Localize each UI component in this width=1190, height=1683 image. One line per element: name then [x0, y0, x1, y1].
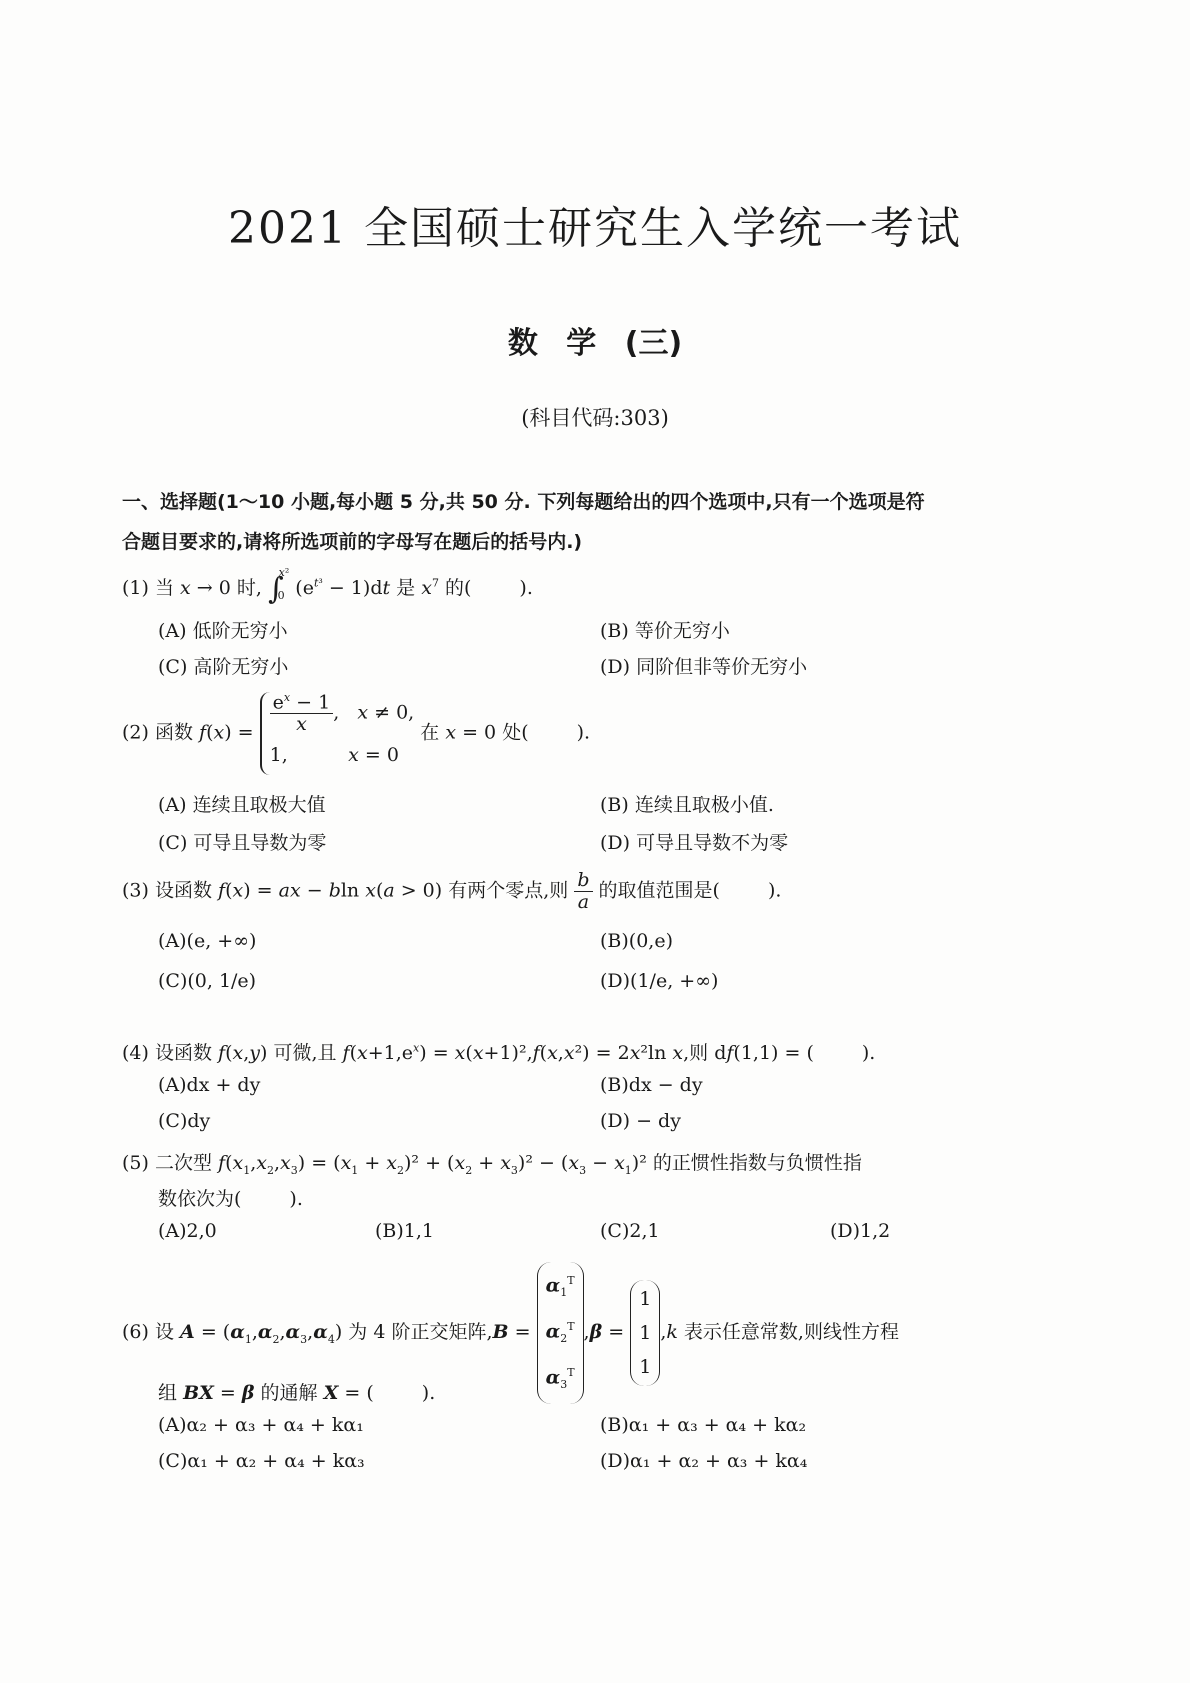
- question-number: (2): [122, 722, 149, 744]
- q1-option-c: (C) 高阶无穷小: [158, 652, 288, 679]
- question-3: (3) 设函数 f(x) = ax − bln x(a > 0) 有两个零点,则…: [122, 870, 781, 913]
- q6-option-b: (B)α₁ + α₃ + α₄ + kα₂: [600, 1414, 806, 1436]
- q2-option-b: (B) 连续且取极小值.: [600, 790, 774, 817]
- question-number: (3): [122, 879, 149, 901]
- q2-option-a: (A) 连续且取极大值: [158, 790, 326, 817]
- q3-option-a: (A)(e, +∞): [158, 930, 256, 952]
- question-6-line2: 组 BX = β 的通解 X = ().: [158, 1378, 435, 1405]
- exam-title: 2021 全国硕士研究生入学统一考试: [0, 192, 1190, 256]
- q5-option-b: (B)1,1: [375, 1220, 434, 1242]
- q5-option-d: (D)1,2: [830, 1220, 890, 1242]
- q6-option-a: (A)α₂ + α₃ + α₄ + kα₁: [158, 1414, 364, 1436]
- question-number: (4): [122, 1042, 149, 1064]
- q4-option-a: (A)dx + dy: [158, 1074, 260, 1096]
- question-number: (1): [122, 577, 149, 599]
- question-5: (5) 二次型 f(x1,x2,x3) = (x1 + x2)² + (x2 +…: [122, 1148, 862, 1177]
- question-number: (6): [122, 1321, 149, 1343]
- q2-option-c: (C) 可导且导数为零: [158, 828, 326, 855]
- question-5-line2: 数依次为().: [158, 1184, 303, 1211]
- q1-option-a: (A) 低阶无穷小: [158, 616, 288, 643]
- subject-code: (科目代码:303): [0, 402, 1190, 432]
- q1-option-d: (D) 同阶但非等价无穷小: [600, 652, 807, 679]
- q4-option-b: (B)dx − dy: [600, 1074, 703, 1096]
- q6-option-d: (D)α₁ + α₂ + α₃ + kα₄: [600, 1450, 807, 1472]
- q1-option-b: (B) 等价无穷小: [600, 616, 730, 643]
- piecewise-function: ex − 1x, x ≠ 0, 1, x = 0: [260, 692, 415, 775]
- section-heading-line2: 合题目要求的,请将所选项前的字母写在题后的括号内.): [122, 520, 582, 564]
- q3-option-d: (D)(1/e, +∞): [600, 970, 718, 992]
- q3-option-b: (B)(0,e): [600, 930, 673, 952]
- q4-option-d: (D) − dy: [600, 1110, 681, 1132]
- section-heading-line1: 一、选择题(1～10 小题,每小题 5 分,共 50 分. 下列每题给出的四个选…: [122, 480, 925, 524]
- question-number: (5): [122, 1152, 149, 1174]
- vector-beta: 111: [630, 1280, 660, 1386]
- q5-option-c: (C)2,1: [600, 1220, 660, 1242]
- q3-option-c: (C)(0, 1/e): [158, 970, 256, 992]
- exam-subject: 数 学 (三): [0, 318, 1190, 362]
- matrix-b: α1Tα2Tα3T: [537, 1262, 584, 1404]
- q5-option-a: (A)2,0: [158, 1220, 217, 1242]
- question-4: (4) 设函数 f(x,y) 可微,且 f(x+1,ex) = x(x+1)²,…: [122, 1038, 875, 1065]
- q2-option-d: (D) 可导且导数不为零: [600, 828, 788, 855]
- question-2: (2) 函数 f(x) = ex − 1x, x ≠ 0, 1, x = 0 在…: [122, 692, 590, 775]
- question-1: (1) 当 x → 0 时, ∫0x² (et³ − 1)dt 是 x7 的()…: [122, 566, 533, 607]
- q6-option-c: (C)α₁ + α₂ + α₄ + kα₃: [158, 1450, 365, 1472]
- q4-option-c: (C)dy: [158, 1110, 210, 1132]
